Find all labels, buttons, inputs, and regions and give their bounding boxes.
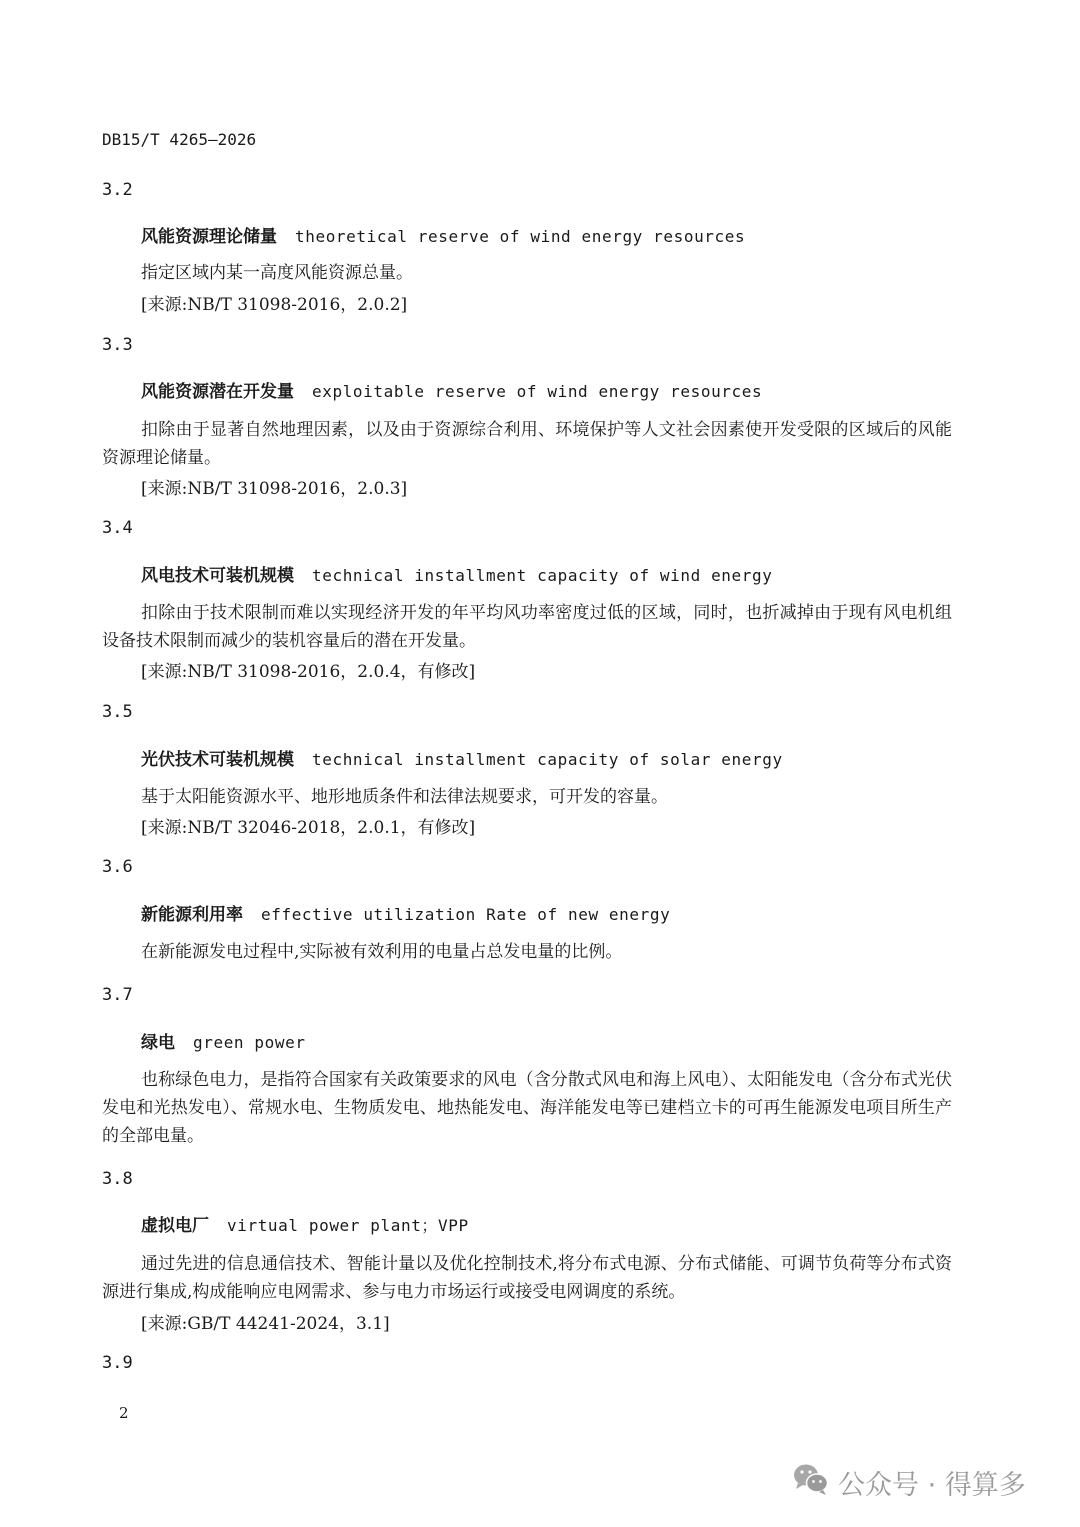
term-source: [来源:NB/T 31098-2016，2.0.3]	[141, 474, 407, 499]
entry-number: 3.5	[102, 702, 133, 722]
term-heading: 风电技术可装机规模technical installment capacity …	[141, 561, 772, 586]
term-heading: 风能资源潜在开发量exploitable reserve of wind ene…	[141, 377, 762, 402]
term-heading: 风能资源理论储量theoretical reserve of wind ener…	[141, 222, 745, 247]
wechat-icon	[792, 1462, 838, 1503]
term-definition: 在新能源发电过程中,实际被有效利用的电量占总发电量的比例。	[102, 938, 952, 966]
term-heading: 绿电green power	[141, 1028, 306, 1053]
term-english: exploitable reserve of wind energy resou…	[312, 382, 762, 401]
term-source: [来源:NB/T 32046-2018，2.0.1，有修改]	[141, 813, 475, 838]
term-definition: 基于太阳能资源水平、地形地质条件和法律法规要求，可开发的容量。	[102, 783, 952, 811]
entry-number: 3.2	[102, 180, 133, 200]
term-chinese: 风电技术可装机规模	[141, 566, 294, 586]
page-header: DB15/T 4265—2026	[102, 130, 256, 149]
term-chinese: 虚拟电厂	[141, 1216, 209, 1236]
term-definition: 也称绿色电力，是指符合国家有关政策要求的风电（含分散式风电和海上风电）、太阳能发…	[102, 1066, 952, 1150]
term-english: technical installment capacity of wind e…	[312, 566, 772, 585]
term-definition: 指定区域内某一高度风能资源总量。	[102, 259, 952, 287]
term-heading: 光伏技术可装机规模technical installment capacity …	[141, 745, 783, 770]
term-definition: 通过先进的信息通信技术、智能计量以及优化控制技术,将分布式电源、分布式储能、可调…	[102, 1250, 952, 1306]
term-chinese: 风能资源潜在开发量	[141, 382, 294, 402]
term-heading: 新能源利用率effective utilization Rate of new …	[141, 900, 670, 925]
entry-number: 3.8	[102, 1169, 133, 1189]
term-chinese: 光伏技术可装机规模	[141, 750, 294, 770]
term-english: virtual power plant；VPP	[227, 1216, 469, 1235]
term-chinese: 风能资源理论储量	[141, 227, 277, 247]
watermark-text: 公众号 · 得算多	[838, 1463, 1026, 1502]
term-english: technical installment capacity of solar …	[312, 750, 783, 769]
term-english: green power	[193, 1033, 306, 1052]
term-heading: 虚拟电厂virtual power plant；VPP	[141, 1211, 469, 1236]
term-chinese: 新能源利用率	[141, 905, 243, 925]
term-definition: 扣除由于技术限制而难以实现经济开发的年平均风功率密度过低的区域，同时，也折减掉由…	[102, 599, 952, 655]
entry-number: 3.9	[102, 1353, 133, 1373]
term-source: [来源:GB/T 44241-2024，3.1]	[141, 1309, 390, 1334]
term-definition: 扣除由于显著自然地理因素，以及由于资源综合利用、环境保护等人文社会因素使开发受限…	[102, 416, 952, 472]
term-source: [来源:NB/T 31098-2016，2.0.4，有修改]	[141, 657, 475, 682]
entry-number: 3.7	[102, 985, 133, 1005]
entry-number: 3.3	[102, 335, 133, 355]
term-english: effective utilization Rate of new energy	[261, 905, 670, 924]
term-english: theoretical reserve of wind energy resou…	[295, 227, 745, 246]
term-chinese: 绿电	[141, 1033, 175, 1053]
term-source: [来源:NB/T 31098-2016，2.0.2]	[141, 290, 407, 315]
entry-number: 3.6	[102, 857, 133, 877]
page-number: 2	[119, 1404, 129, 1422]
watermark: 公众号 · 得算多	[792, 1462, 1026, 1503]
entry-number: 3.4	[102, 518, 133, 538]
